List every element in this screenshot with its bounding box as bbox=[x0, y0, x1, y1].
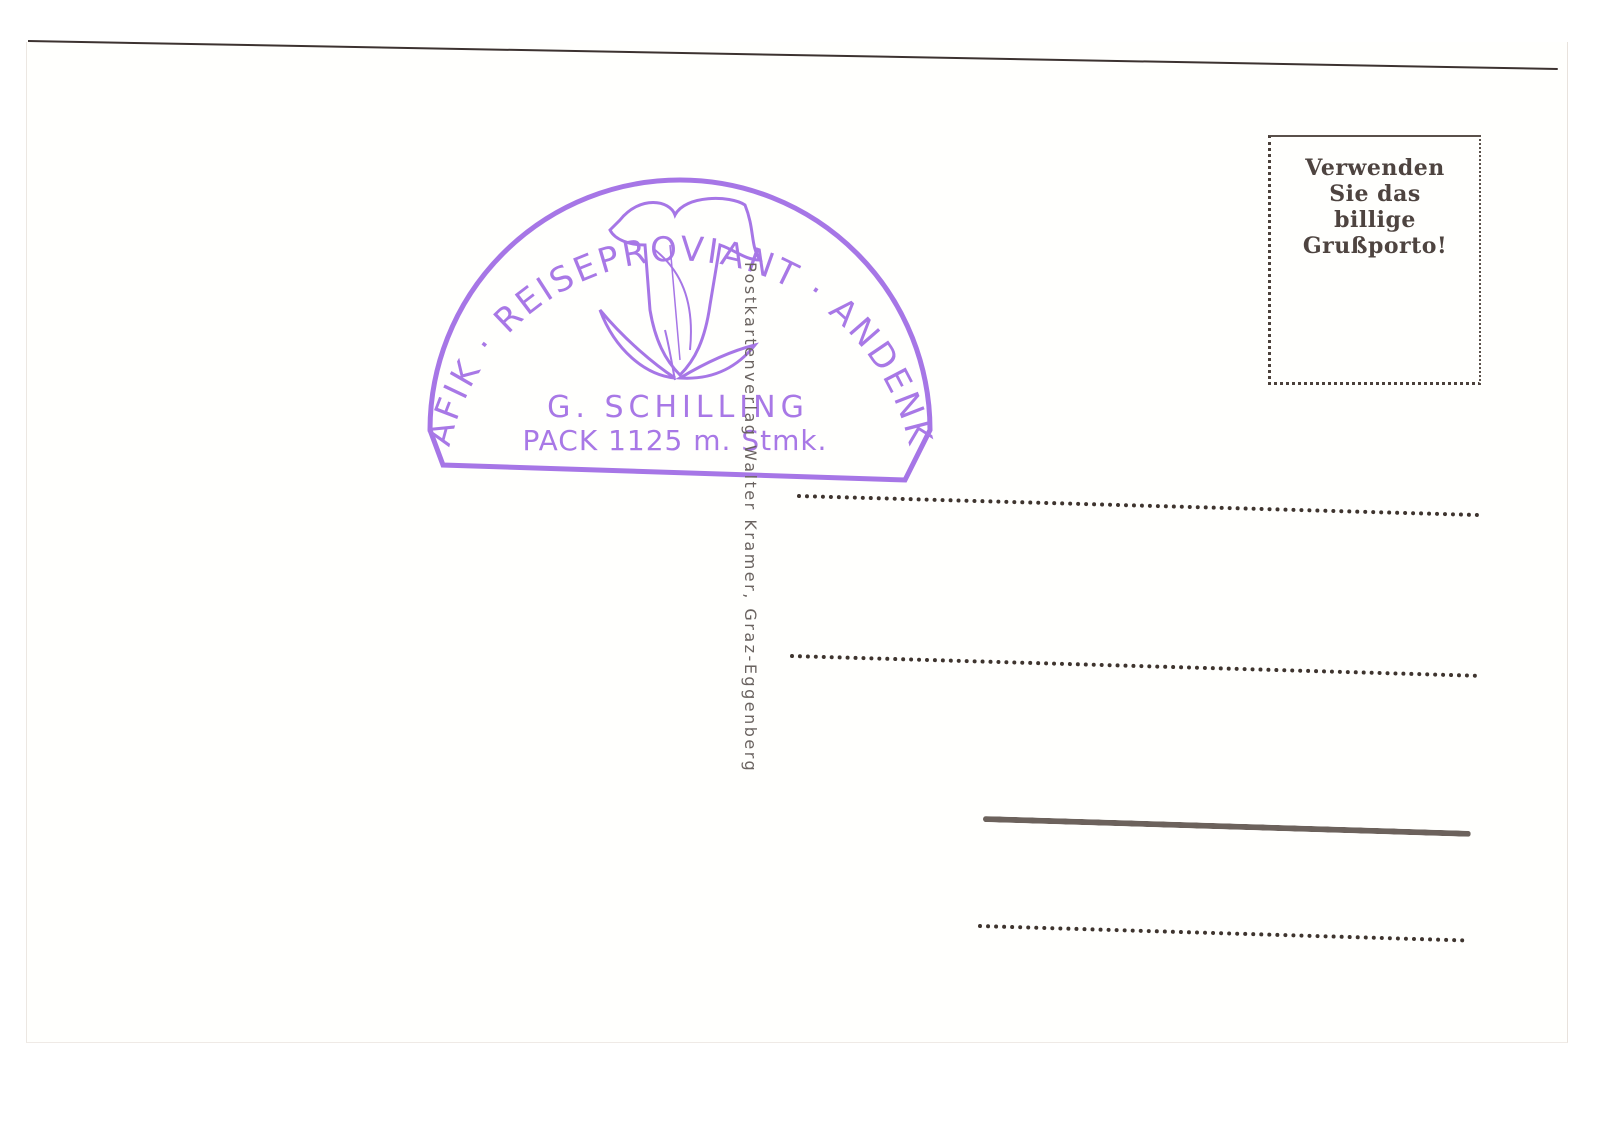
gentian-flower-icon bbox=[600, 198, 760, 380]
postage-notice-line: billige bbox=[1271, 207, 1479, 233]
postage-stamp-box: Verwenden Sie das billige Grußporto! bbox=[1268, 135, 1481, 385]
stamp-shop-name: G. SCHILLING bbox=[547, 390, 809, 425]
postage-notice-line: Verwenden bbox=[1271, 155, 1479, 181]
publisher-imprint: Postkartenverlag Walter Kramer, Graz-Egg… bbox=[741, 262, 760, 773]
stamp-location: PACK 1125 m. Stmk. bbox=[523, 424, 828, 457]
postage-notice-line: Grußporto! bbox=[1271, 233, 1479, 259]
postage-notice-line: Sie das bbox=[1271, 181, 1479, 207]
shop-rubber-stamp: TRAFIK · REISEPROVIANT · ANDENKEN G. SCH… bbox=[410, 100, 950, 500]
postage-notice: Verwenden Sie das billige Grußporto! bbox=[1271, 155, 1479, 259]
